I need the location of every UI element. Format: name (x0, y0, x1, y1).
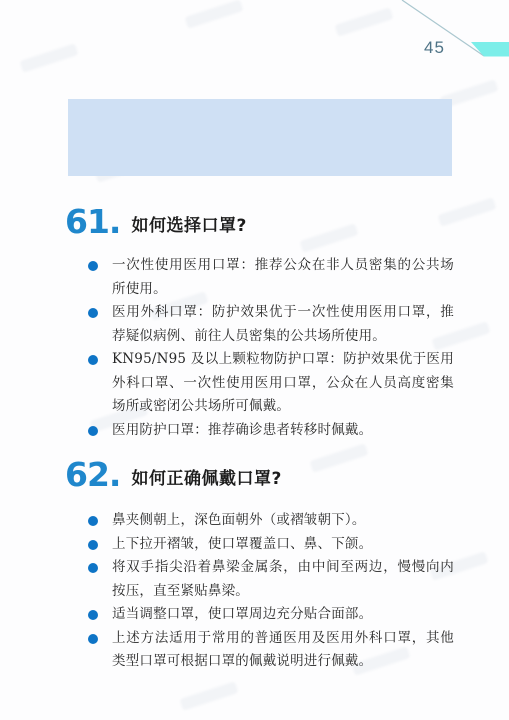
list-item: 适当调整口罩，使口罩周边充分贴合面部。 (88, 603, 454, 627)
list-item: 一次性使用医用口罩：推荐公众在非人员密集的公共场所使用。 (88, 254, 454, 301)
list-item: 上下拉开褶皱，使口罩覆盖口、鼻、下颌。 (88, 533, 454, 557)
page-number: 45 (424, 38, 445, 58)
bullet-dot-icon (88, 355, 98, 365)
bullet-dot-icon (88, 516, 98, 526)
book-page: 45 61. 如何选择口罩? 一次性使用医用口罩：推荐公众在非人员密集的公共场所… (0, 0, 509, 720)
section-title: 如何正确佩戴口罩? (131, 464, 281, 490)
bullet-text: 一次性使用医用口罩：推荐公众在非人员密集的公共场所使用。 (112, 254, 454, 301)
section-number: 62. (65, 460, 120, 490)
list-item: KN95/N95 及以上颗粒物防护口罩：防护效果优于医用外科口罩、一次性使用医用… (88, 348, 454, 419)
bullet-text: 医用防护口罩：推荐确诊患者转移时佩戴。 (112, 419, 454, 443)
bullet-text: KN95/N95 及以上颗粒物防护口罩：防护效果优于医用外科口罩、一次性使用医用… (112, 348, 454, 419)
section-number: 61. (65, 207, 120, 237)
watermark-smudge (438, 197, 497, 226)
section-61-heading: 61. 如何选择口罩? (65, 207, 247, 237)
watermark-smudge (310, 443, 369, 472)
bullet-dot-icon (88, 540, 98, 550)
bullet-dot-icon (88, 261, 98, 271)
list-item: 医用外科口罩：防护效果优于一次性使用医用口罩，推荐疑似病例、前往人员密集的公共场… (88, 301, 454, 348)
bullet-text: 适当调整口罩，使口罩周边充分贴合面部。 (112, 603, 454, 627)
bullet-dot-icon (88, 426, 98, 436)
list-item: 将双手指尖沿着鼻梁金属条，由中间至两边，慢慢向内按压，直至紧贴鼻梁。 (88, 556, 454, 603)
bullet-dot-icon (88, 308, 98, 318)
bullet-text: 将双手指尖沿着鼻梁金属条，由中间至两边，慢慢向内按压，直至紧贴鼻梁。 (112, 556, 454, 603)
hero-image-placeholder (68, 99, 452, 176)
list-item: 上述方法适用于常用的普通医用及医用外科口罩，其他类型口罩可根据口罩的佩戴说明进行… (88, 627, 454, 674)
bullet-text: 上述方法适用于常用的普通医用及医用外科口罩，其他类型口罩可根据口罩的佩戴说明进行… (112, 627, 454, 674)
bullet-text: 上下拉开褶皱，使口罩覆盖口、鼻、下颌。 (112, 533, 454, 557)
watermark-smudge (300, 223, 359, 252)
cyan-corner-tab (471, 42, 509, 57)
section-62-bullet-list: 鼻夹侧朝上，深色面朝外（或褶皱朝下）。 上下拉开褶皱，使口罩覆盖口、鼻、下颌。 … (88, 509, 454, 674)
list-item: 医用防护口罩：推荐确诊患者转移时佩戴。 (88, 419, 454, 443)
section-62-heading: 62. 如何正确佩戴口罩? (65, 460, 282, 490)
list-item: 鼻夹侧朝上，深色面朝外（或褶皱朝下）。 (88, 509, 454, 533)
watermark-smudge (180, 681, 239, 710)
bullet-dot-icon (88, 610, 98, 620)
bullet-dot-icon (88, 634, 98, 644)
bullet-dot-icon (88, 563, 98, 573)
bullet-text: 医用外科口罩：防护效果优于一次性使用医用口罩，推荐疑似病例、前往人员密集的公共场… (112, 301, 454, 348)
section-title: 如何选择口罩? (131, 211, 246, 237)
bullet-text: 鼻夹侧朝上，深色面朝外（或褶皱朝下）。 (112, 509, 454, 533)
section-61-bullet-list: 一次性使用医用口罩：推荐公众在非人员密集的公共场所使用。 医用外科口罩：防护效果… (88, 254, 454, 442)
